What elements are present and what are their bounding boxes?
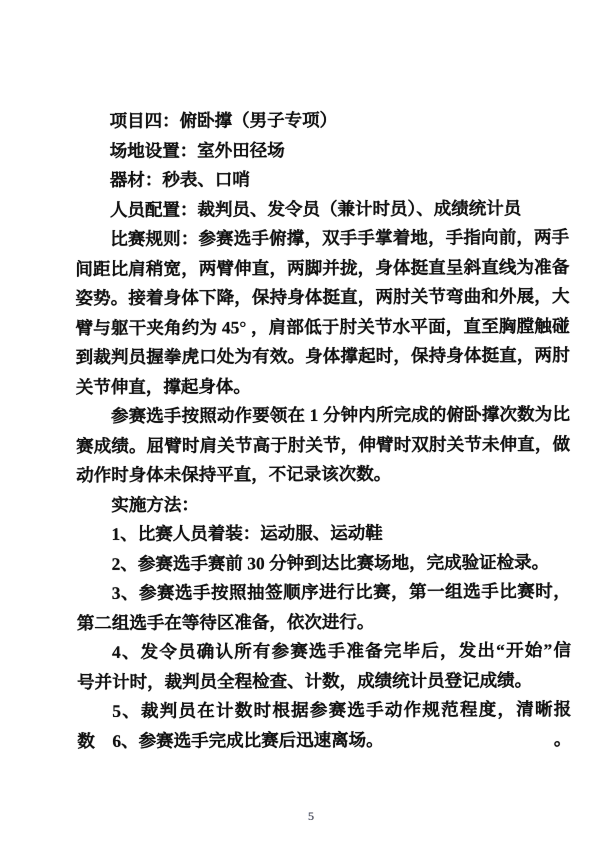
doc-line: 第二组选手在等待区准备，依次进行。	[77, 606, 571, 638]
document-title: 项目四：俯卧撑（男子专项）	[75, 105, 569, 137]
doc-line: 关节伸直，撑起身体。	[76, 370, 570, 402]
doc-line-staff: 人员配置：裁判员、发令员（兼计时员）、成绩统计员	[75, 193, 569, 225]
doc-list-item-4: 4、发令员确认所有参赛选手准备完毕后，发出“开始”信	[77, 636, 571, 668]
doc-list-item-3: 3、参赛选手按照抽签顺序进行比赛，第一组选手比赛时，	[77, 577, 571, 609]
doc-line: 间距比肩稍宽，两臂伸直，两脚并拢，身体挺直呈斜直线为准备	[75, 252, 569, 284]
doc-line: 参赛选手按照动作要领在 1 分钟内所完成的俯卧撑次数为比	[76, 400, 570, 432]
doc-line-equipment: 器材：秒表、口哨	[75, 164, 569, 196]
page-number: 5	[308, 809, 314, 823]
document-page: 项目四：俯卧撑（男子专项） 场地设置：室外田径场 器材：秒表、口哨 人员配置：裁…	[0, 0, 600, 860]
document-body: 项目四：俯卧撑（男子专项） 场地设置：室外田径场 器材：秒表、口哨 人员配置：裁…	[75, 105, 572, 756]
doc-line: 到裁判员握拳虎口处为有效。身体撑起时，保持身体挺直，两肘	[76, 341, 570, 373]
doc-list-item-2: 2、参赛选手赛前 30 分钟到达比赛场地，完成验证检录。	[77, 547, 571, 579]
doc-line: 比赛规则：参赛选手俯撑，双手手掌着地，手指向前，两手	[75, 223, 569, 255]
doc-list-item-1: 1、比赛人员着装：运动服、运动鞋	[76, 518, 570, 550]
doc-line: 姿势。接着身体下降，保持身体挺直，两肘关节弯曲和外展，大	[75, 282, 569, 314]
doc-line: 动作时身体未保持平直，不记录该次数。	[76, 459, 570, 491]
doc-line-methods-heading: 实施方法：	[76, 488, 570, 520]
doc-line: 赛成绩。屈臂时肩关节高于肘关节，伸臂时双肘关节未伸直，做	[76, 429, 570, 461]
doc-line: 号并计时，裁判员全程检查、计数，成绩统计员登记成绩。	[77, 665, 571, 697]
doc-line: 臂与躯干夹角约为 45° ，肩部低于肘关节水平面，直至胸膛触碰	[75, 311, 569, 343]
doc-list-item-5: 5、裁判员在计数时根据参赛选手动作规范程度，清晰报数。	[77, 695, 571, 727]
doc-line-venue: 场地设置：室外田径场	[75, 134, 569, 166]
